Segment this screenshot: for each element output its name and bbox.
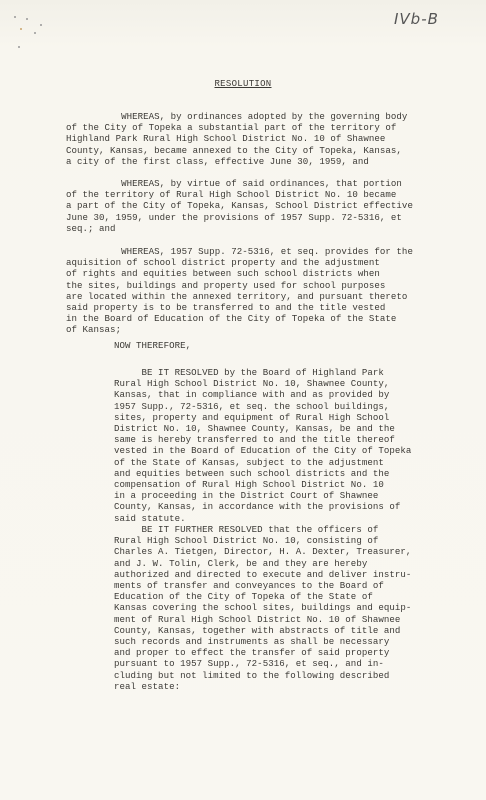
document-page: IVb-B RESOLUTION WHEREAS, by ordinances … bbox=[0, 0, 486, 800]
whereas-paragraph-2: WHEREAS, by virtue of said ordinances, t… bbox=[66, 178, 413, 234]
further-resolved-paragraph: BE IT FURTHER RESOLVED that the officers… bbox=[114, 524, 411, 692]
speck bbox=[34, 32, 36, 34]
resolved-paragraph: BE IT RESOLVED by the Board of Highland … bbox=[114, 367, 411, 524]
speck bbox=[18, 46, 20, 48]
document-title: RESOLUTION bbox=[0, 79, 486, 89]
now-therefore-heading: NOW THEREFORE, bbox=[114, 340, 191, 351]
whereas-paragraph-1: WHEREAS, by ordinances adopted by the go… bbox=[66, 111, 407, 167]
speck bbox=[26, 18, 28, 20]
page-label-handwritten: IVb-B bbox=[394, 10, 439, 28]
speck bbox=[40, 24, 42, 26]
speck bbox=[20, 28, 22, 30]
speck bbox=[14, 16, 16, 18]
whereas-paragraph-3: WHEREAS, 1957 Supp. 72-5316, et seq. pro… bbox=[66, 246, 413, 336]
paper-specks bbox=[12, 14, 57, 54]
